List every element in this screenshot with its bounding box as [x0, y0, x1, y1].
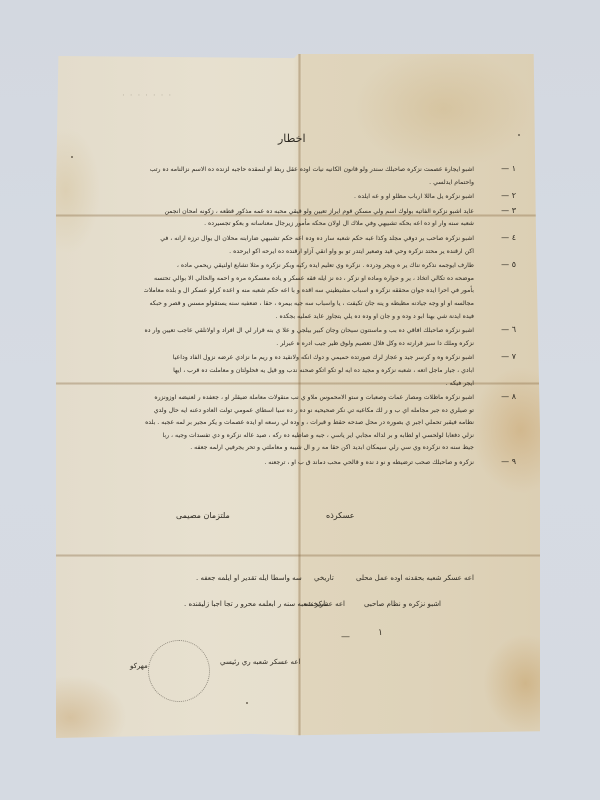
clause-item: ٤ —اشبو نزكره صاحب ير دوقي مجلد وكذا عبه…	[144, 233, 474, 258]
ink-speck	[246, 702, 248, 704]
numbered-clauses: ١ —اشبو ايجارة عصمت نزكره صاحبلك سندر ول…	[144, 164, 474, 472]
clause-line: تو صيلري ده جبر مجامله اي ب و ر لك مكاعي…	[144, 405, 474, 418]
clause-line: نزكره و صاحبلك صحب ترضيطه و نو د نده و ق…	[144, 457, 474, 470]
clause-line: مجالسه او او وجه جيادنه مظبطه و ينه جان …	[144, 298, 474, 311]
footer-signatory-title: اعه عسكر شعبه ري رئيسي	[220, 658, 300, 666]
clause-item: ٩ —نزكره و صاحبلك صحب ترضيطه و نو د نده …	[144, 457, 474, 470]
clause-number: ١ —	[501, 164, 516, 173]
clause-line: ابادي ، جيار ماجل اتعه ، شعبه نزكره و مج…	[144, 365, 474, 378]
clause-line: واحتمام ايدلسي .	[144, 177, 474, 190]
clause-line: اشبو نزكره يل ماللا ارباب مظلو او و عه ا…	[144, 191, 474, 204]
clause-number: ٣ —	[501, 206, 516, 215]
signature-left: ملتزمان مصيمى	[176, 511, 230, 520]
clause-line: جيط سنه ده نزكرده وي سي رلي سيمكان ابديد…	[144, 442, 474, 455]
clause-line: اشبو ايجارة عصمت نزكره صاحبلك سندر ولو ق…	[144, 164, 474, 177]
footer-row1-right: اعه عسكر شعبه بحقدنه اوده عمل محلى	[356, 574, 474, 582]
clause-line: عايد اشبو نزكره الفاتيه بولوك اسم ولي مس…	[144, 206, 474, 219]
clause-line: نزكره وملك دا سيز قرارته ده وكل فلال تعص…	[144, 338, 474, 351]
footer-row1-left: سه واسطا ايله تقدير او ايلمه جعفه .	[196, 574, 302, 582]
clause-number: ٤ —	[501, 233, 516, 242]
clause-line: اشبو نزكره صاحبلك افاقي ده بب و ماسنتون …	[144, 325, 474, 338]
clause-line: شعبه سنه وار او ده اعه بحكه تشبيهي وفي م…	[144, 218, 474, 231]
clause-number: ٦ —	[501, 325, 516, 334]
clause-line: اشبو نزكره وه و كرسر جيد و عجاز لرك صورت…	[144, 352, 474, 365]
footer-row1-mid: تاريخي	[314, 574, 334, 582]
horizontal-fold-line-3	[56, 554, 540, 557]
clause-line: نطامه فيقبر تحملي اجبر ي بصوره در محل صد…	[144, 417, 474, 430]
document-heading: اخطار	[278, 132, 306, 145]
clause-number: ٥ —	[501, 260, 516, 269]
clause-line: طارف ايوجمه نذكره نناك ير ه ويجر ودرده .…	[144, 260, 474, 273]
handwritten-mark-2: ۱	[378, 628, 383, 638]
clause-item: ١ —اشبو ايجارة عصمت نزكره صاحبلك سندر ول…	[144, 164, 474, 189]
clause-line: نزلي دفعابا لولحسي او لطابه و بر لداله م…	[144, 430, 474, 443]
footer-seal-label: مهركو	[130, 662, 148, 670]
clause-line: موضحه ده تكالي اتخاذ ، ير و حواره وماده …	[144, 273, 474, 286]
clause-item: ٢ —اشبو نزكره يل ماللا ارباب مظلو او و ع…	[144, 191, 474, 204]
clause-number: ٨ —	[501, 392, 516, 401]
clause-line: فيده ايدنة شي بهنا ابو د وده و و جان او …	[144, 311, 474, 324]
clause-line: اشبو نزكره صاحب ير دوقي مجلد وكذا عبه حك…	[144, 233, 474, 246]
clause-item: ٨ —اشبو نزكره ماظلات ومصار عمات وصعبات و…	[144, 392, 474, 455]
clause-item: ٧ —اشبو نزكره وه و كرسر جيد و عجاز لرك ص…	[144, 352, 474, 390]
clause-item: ٥ —طارف ايوجمه نذكره نناك ير ه ويجر ودرد…	[144, 260, 474, 323]
ink-speck	[71, 156, 73, 158]
handwritten-mark-1: —	[341, 632, 350, 642]
clause-line: اكن ارقنده ير محتد نزكره وحي قيد وصعير ا…	[144, 246, 474, 259]
clause-number: ٧ —	[501, 352, 516, 361]
seal-placeholder-circle	[148, 640, 210, 702]
clause-line: اشبو نزكره ماظلات ومصار عمات وصعبات و ست…	[144, 392, 474, 405]
clause-item: ٦ —اشبو نزكره صاحبلك افاقي ده بب و ماسنت…	[144, 325, 474, 350]
footer-row2-right: اشبو نزكره و نظام صاحبى	[364, 600, 441, 608]
ink-speck	[518, 134, 520, 136]
signature-right: عسكرذه	[326, 511, 355, 520]
clause-line: ايجر فيكه .	[144, 378, 474, 391]
clause-line: بأمور في احرا ايده جوان محققه نزكره و اس…	[144, 285, 474, 298]
clause-item: ٣ —عايد اشبو نزكره الفاتيه بولوك اسم ولي…	[144, 206, 474, 231]
footer-row2-left: اعه عسكر شعبه سنه ر ابعلمه محرو ر تجا اج…	[184, 600, 345, 608]
clause-number: ٢ —	[501, 191, 516, 200]
clause-number: ٩ —	[501, 457, 516, 466]
faint-stamp: · · · · · · ·	[122, 91, 172, 101]
document-paper: · · · · · · · اخطار ١ —اشبو ايجارة عصمت …	[56, 54, 540, 738]
